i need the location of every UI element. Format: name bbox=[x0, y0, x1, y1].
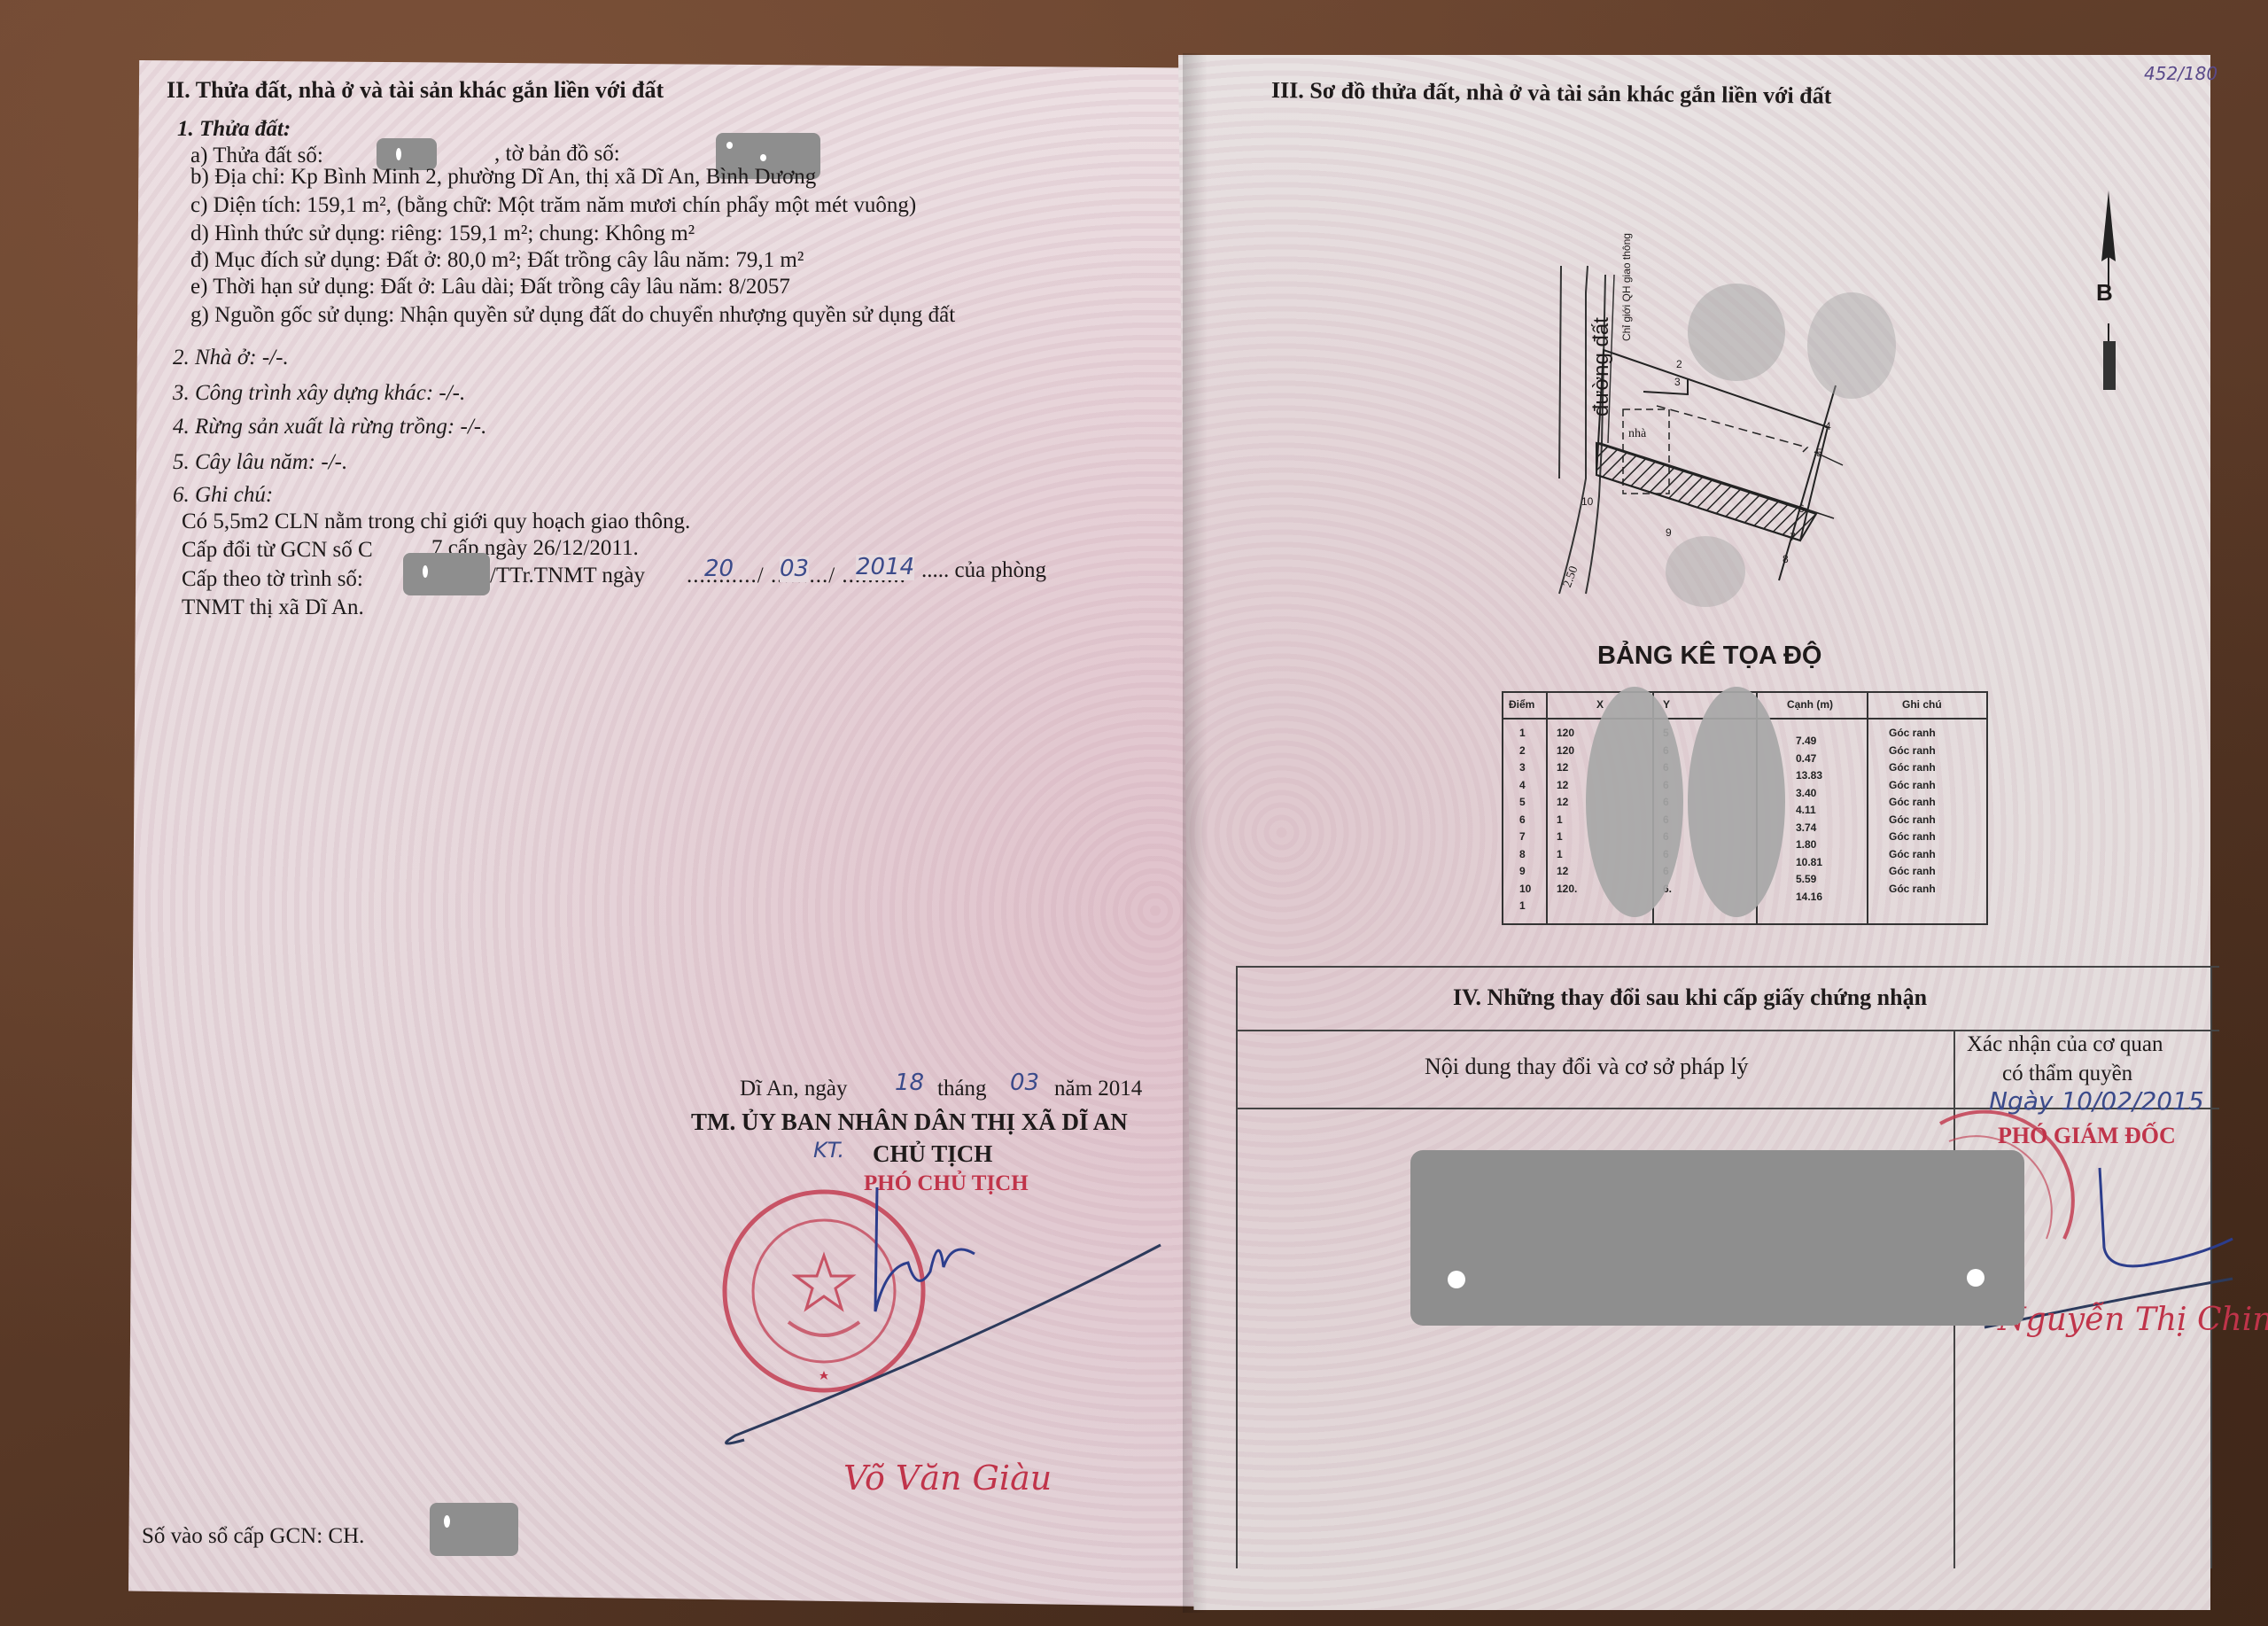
coord-cell-point: 3 bbox=[1519, 761, 1526, 774]
perennial-trees-item: 5. Cây lâu năm: -/-. bbox=[173, 450, 347, 475]
house-label: nhà bbox=[1628, 427, 1646, 440]
address: b) Địa chỉ: Kp Bình Minh 2, phường Dĩ An… bbox=[190, 165, 816, 190]
note-submission-prefix: Cấp theo tờ trình số: bbox=[182, 567, 363, 592]
coord-cell-note: Góc ranh bbox=[1889, 744, 1936, 757]
coord-cell-edge: 1.80 bbox=[1796, 838, 1816, 851]
changes-confirm-header-line2: có thẩm quyền bbox=[2002, 1062, 2132, 1086]
signature-left bbox=[718, 1170, 1178, 1462]
notes-heading: 6. Ghi chú: bbox=[173, 483, 273, 508]
point-label-10: 10 bbox=[1581, 496, 1593, 508]
sign-date-month: 03 bbox=[1010, 1070, 1039, 1096]
point-label-8: 8 bbox=[1783, 554, 1789, 565]
coord-header-3: Cạnh (m) bbox=[1787, 698, 1833, 711]
note-department: TNMT thị xã Dĩ An. bbox=[182, 595, 364, 620]
coord-cell-x: 12 bbox=[1557, 761, 1568, 774]
coord-cell-note: Góc ranh bbox=[1889, 796, 1936, 808]
other-construction-item: 3. Công trình xây dựng khác: -/-. bbox=[173, 381, 465, 406]
coord-header-2: Y bbox=[1663, 698, 1670, 711]
coord-cell-point: 7 bbox=[1519, 830, 1526, 843]
coord-cell-edge: 7.49 bbox=[1796, 735, 1816, 747]
confirm-date: Ngày 10/02/2015 bbox=[1989, 1088, 2204, 1116]
coord-header-1: X bbox=[1596, 698, 1604, 711]
coord-cell-note: Góc ranh bbox=[1889, 727, 1936, 739]
coord-cell-x: 120. bbox=[1557, 883, 1577, 895]
corner-number: 452/180 bbox=[2144, 64, 2218, 83]
point-label-4: 4 bbox=[1825, 421, 1831, 432]
signer-name-left: Võ Văn Giàu bbox=[843, 1460, 1052, 1498]
point-label-2: 2 bbox=[1676, 359, 1682, 370]
coord-cell-point: 5 bbox=[1519, 796, 1526, 808]
note-submission-middle: /TTr.TNMT ngày bbox=[490, 564, 645, 588]
north-label: B bbox=[2096, 280, 2113, 306]
usage-term: e) Thời hạn sử dụng: Đất ở: Lâu dài; Đất… bbox=[190, 275, 790, 300]
coord-cell-x: 120 bbox=[1557, 744, 1574, 757]
submission-date-year: 2014 bbox=[856, 555, 914, 580]
redacted-registry-number bbox=[430, 1503, 518, 1556]
coord-cell-point: 4 bbox=[1519, 779, 1526, 791]
coord-cell-note: Góc ranh bbox=[1889, 883, 1936, 895]
coord-cell-edge: 10.81 bbox=[1796, 856, 1822, 868]
point-label-3: 3 bbox=[1674, 377, 1681, 388]
coord-cell-x: 1 bbox=[1557, 830, 1563, 843]
point-label-9: 9 bbox=[1666, 527, 1672, 539]
house-item: 2. Nhà ở: -/-. bbox=[173, 346, 289, 370]
road-label: đường đất bbox=[1590, 317, 1613, 416]
coord-cell-note: Góc ranh bbox=[1889, 779, 1936, 791]
coord-cell-note: Góc ranh bbox=[1889, 848, 1936, 860]
coordinate-table-title: BẢNG KÊ TỌA ĐỘ bbox=[1597, 642, 1821, 671]
section-ii-title: II. Thửa đất, nhà ở và tài sản khác gắn … bbox=[167, 78, 664, 104]
note-exchange-prefix: Cấp đổi từ GCN số C bbox=[182, 538, 373, 563]
coord-cell-edge: 5.59 bbox=[1796, 873, 1816, 885]
coord-cell-point: 2 bbox=[1519, 744, 1526, 757]
redaction-blur-y bbox=[1688, 687, 1785, 917]
point-label-7: 7 bbox=[1790, 532, 1796, 543]
section-iv-title: IV. Những thay đổi sau khi cấp giấy chứn… bbox=[1453, 985, 1927, 1011]
note-submission-suffix: ..... của phòng bbox=[921, 558, 1046, 583]
coord-cell-point: 9 bbox=[1519, 865, 1526, 877]
production-forest-item: 4. Rừng sản xuất là rừng trồng: -/-. bbox=[173, 415, 486, 440]
point-label-6: 6 bbox=[1798, 503, 1805, 515]
point-label-5: 5 bbox=[1816, 447, 1822, 459]
coord-cell-point: 8 bbox=[1519, 848, 1526, 860]
coord-cell-note: Góc ranh bbox=[1889, 813, 1936, 826]
map-sheet-label: , tờ bản đồ số: bbox=[494, 142, 620, 167]
usage-origin: g) Nguồn gốc sử dụng: Nhận quyền sử dụng… bbox=[190, 303, 955, 328]
coord-cell-note: Góc ranh bbox=[1889, 761, 1936, 774]
redacted-change-content bbox=[1410, 1150, 2024, 1326]
planning-boundary-label: Chỉ giới QH giao thông bbox=[1621, 233, 1633, 341]
changes-confirm-header-line1: Xác nhận của cơ quan bbox=[1967, 1032, 2163, 1057]
sign-date-year: năm 2014 bbox=[1054, 1077, 1142, 1101]
coord-cell-x: 1 bbox=[1557, 848, 1563, 860]
page-gutter bbox=[1183, 53, 1218, 1613]
redaction-blur bbox=[1666, 536, 1745, 607]
coord-cell-edge: 3.40 bbox=[1796, 787, 1816, 799]
confirm-signer-name: Nguyễn Thị Chinh bbox=[1998, 1303, 2268, 1338]
coord-header-4: Ghi chú bbox=[1902, 698, 1942, 711]
coord-cell-point: 1 bbox=[1519, 727, 1526, 739]
issuing-authority: TM. ỦY BAN NHÂN DÂN THỊ XÃ DĨ AN bbox=[691, 1109, 1128, 1136]
coord-cell-note: Góc ranh bbox=[1889, 830, 1936, 843]
coord-cell-point: 1 bbox=[1519, 899, 1526, 912]
redaction-blur bbox=[1688, 284, 1785, 381]
coord-cell-x: 1 bbox=[1557, 813, 1563, 826]
chairman-title: CHỦ TỊCH bbox=[873, 1141, 992, 1168]
sign-date-month-label: tháng bbox=[937, 1077, 987, 1101]
kt-mark: KT. bbox=[813, 1139, 844, 1162]
registry-label: Số vào sổ cấp GCN: CH. bbox=[142, 1524, 364, 1549]
sign-date-prefix: Dĩ An, ngày bbox=[740, 1077, 848, 1101]
coord-cell-edge: 14.16 bbox=[1796, 891, 1822, 903]
coord-cell-point: 6 bbox=[1519, 813, 1526, 826]
area: c) Diện tích: 159,1 m², (bằng chữ: Một t… bbox=[190, 193, 916, 218]
coord-cell-note: Góc ranh bbox=[1889, 865, 1936, 877]
coord-cell-point: 10 bbox=[1519, 883, 1531, 895]
submission-date-month: 03 bbox=[780, 556, 809, 582]
usage-form: d) Hình thức sử dụng: riêng: 159,1 m²; c… bbox=[190, 222, 695, 246]
parcel-heading: 1. Thửa đất: bbox=[177, 117, 291, 142]
coord-cell-x: 12 bbox=[1557, 796, 1568, 808]
redaction-blur-x bbox=[1586, 687, 1683, 917]
usage-purpose: đ) Mục đích sử dụng: Đất ở: 80,0 m²; Đất… bbox=[190, 248, 804, 273]
coord-cell-edge: 13.83 bbox=[1796, 769, 1822, 782]
coord-header-0: Điểm bbox=[1509, 698, 1534, 711]
coord-cell-x: 120 bbox=[1557, 727, 1574, 739]
redaction-blur bbox=[1807, 292, 1896, 399]
coord-cell-x: 12 bbox=[1557, 779, 1568, 791]
redacted-submission-number bbox=[403, 553, 490, 595]
coord-cell-x: 12 bbox=[1557, 865, 1568, 877]
sign-date-day: 18 bbox=[895, 1070, 924, 1096]
coord-cell-edge: 3.74 bbox=[1796, 821, 1816, 834]
coord-cell-edge: 0.47 bbox=[1796, 752, 1816, 765]
changes-content-header: Nội dung thay đổi và cơ sở pháp lý bbox=[1425, 1054, 1748, 1080]
note-planning: Có 5,5m2 CLN nằm trong chỉ giới quy hoạc… bbox=[182, 510, 690, 534]
coord-cell-edge: 4.11 bbox=[1796, 804, 1816, 816]
